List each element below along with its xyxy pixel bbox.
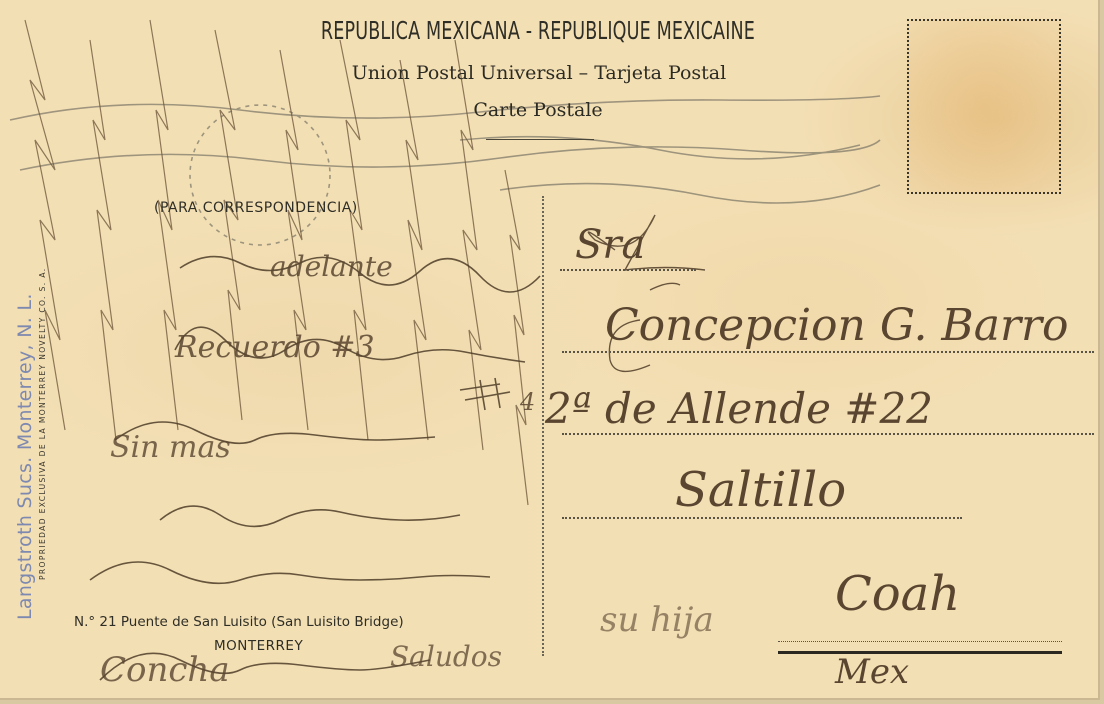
header-union-postal: Union Postal Universal – Tarjeta Postal: [300, 62, 778, 84]
message-fragment: Sin mas: [110, 430, 231, 465]
header-carte-postale: Carte Postale: [440, 99, 636, 121]
publisher-imprint: PROPRIEDAD EXCLUSIVA DE LA MONTERREY NOV…: [38, 267, 47, 580]
address-city: Saltillo: [675, 462, 846, 518]
image-caption-title: N.° 21 Puente de San Luisito (San Luisit…: [74, 614, 404, 630]
message-fragment: su hija: [600, 600, 714, 640]
message-fragment: Saludos: [390, 640, 502, 673]
publisher-rubber-stamp: Langstroth Sucs. Monterrey, N. L.: [14, 293, 36, 620]
address-country: Mex: [835, 652, 909, 692]
message-fragment: adelante: [270, 250, 393, 283]
address-line-3: [562, 433, 1094, 435]
message-fragment: Recuerdo #3: [175, 330, 375, 365]
address-solid-rule: [778, 651, 1062, 654]
message-fragment: 4: [520, 388, 535, 416]
message-fragment: Concha: [100, 650, 230, 690]
address-name: Concepcion G. Barro: [605, 300, 1069, 351]
correspondence-label: (PARA CORRESPONDENCIA): [154, 200, 358, 216]
address-street: 2ª de Allende #22: [545, 384, 933, 433]
address-salutation: Sra: [575, 222, 645, 268]
stamp-placement-box: [907, 19, 1061, 194]
postcard: REPUBLICA MEXICANA - REPUBLIQUE MEXICAIN…: [0, 0, 1100, 700]
address-line-1: [560, 269, 696, 271]
header-republica: REPUBLICA MEXICANA - REPUBLIQUE MEXICAIN…: [272, 16, 804, 45]
header-rule: [486, 139, 594, 140]
address-line-5: [778, 641, 1062, 642]
center-divider: [542, 196, 544, 656]
address-state: Coah: [835, 566, 960, 622]
address-line-2: [562, 351, 1094, 353]
